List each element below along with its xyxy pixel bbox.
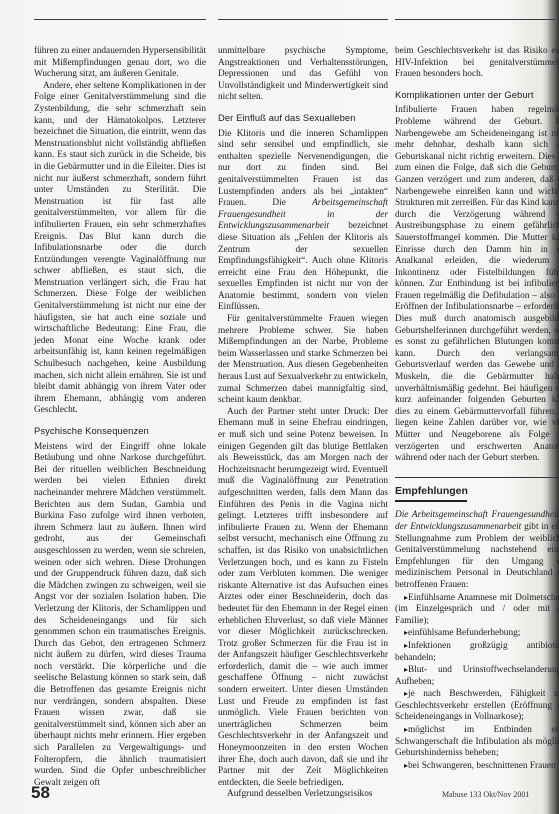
page-number: 58 — [31, 783, 50, 803]
text-run: gibt in einer Stellungnahme zum Problem … — [395, 522, 559, 590]
text-column-2: unmittelbare psychische Symptome, Angstr… — [218, 46, 388, 801]
title-underline — [395, 500, 467, 502]
box-divider — [395, 477, 559, 478]
paragraph: Infibulierte Frauen haben regelmäßig Pro… — [395, 105, 559, 464]
text-column-1: führen zu einer andauernden Hypersensibi… — [34, 46, 206, 789]
bullet-item: bei Schwangeren, beschnittenen Frauen — [395, 760, 559, 773]
paragraph: Die Arbeitsgemeinschaft Frauengesundheit… — [395, 510, 559, 591]
text-column-3: beim Geschlechtsverkehr ist das Risiko e… — [395, 46, 559, 772]
bullet-item: Einfühlsame Anamnese mit Dolmetscherin (… — [395, 592, 559, 628]
journal-footer: Mabuse 133 Okt/Nov 2001 — [442, 790, 529, 799]
paragraph: Auch der Partner steht unter Druck: Der … — [218, 407, 388, 790]
section-heading: Psychische Konsequenzen — [34, 425, 206, 437]
header-rule — [395, 19, 555, 20]
paragraph: Für genitalverstümmelte Frauen wiegen me… — [218, 314, 388, 407]
bullet-item: Infektionen großzügig antibiotisch behan… — [395, 640, 559, 664]
magazine-page: führen zu einer andauernden Hypersensibi… — [0, 0, 559, 814]
paragraph: unmittelbare psychische Symptome, Angstr… — [218, 46, 388, 104]
bullet-item: einfühlsame Befunderhebung; — [395, 627, 559, 640]
bullet-item: je nach Beschwerden, Fähigkeit zum Gesch… — [395, 688, 559, 724]
paragraph: beim Geschlechtsverkehr ist das Risiko e… — [395, 46, 559, 81]
paragraph: Die Klitoris und die inneren Schamlippen… — [218, 129, 388, 315]
binding-shadow — [547, 0, 559, 814]
text-run: Die Klitoris und die inneren Schamlippen… — [218, 129, 388, 209]
recommendations-title: Empfehlungen — [395, 486, 559, 498]
paragraph: Aufgrund desselben Verletzungsrisikos — [218, 789, 388, 801]
paragraph: führen zu einer andauernden Hypersensibi… — [34, 46, 206, 81]
bullet-item: möglichst im Entbinden einer Schwangersc… — [395, 724, 559, 760]
section-heading: Der Einfluß auf das Sexualleben — [218, 112, 388, 124]
text-run: bezeichnet diese Situation als „Fehlen d… — [218, 221, 388, 312]
bullet-item: Blut- und Urinstoffwechselanderungen Auf… — [395, 664, 559, 688]
paragraph: Meistens wird der Eingriff ohne lokale B… — [34, 442, 206, 790]
section-heading: Komplikationen unter der Geburt — [395, 89, 559, 101]
header-rule — [34, 19, 206, 20]
paragraph: Andere, eher seltene Komplikationen in d… — [34, 81, 206, 417]
header-rule — [218, 19, 388, 20]
